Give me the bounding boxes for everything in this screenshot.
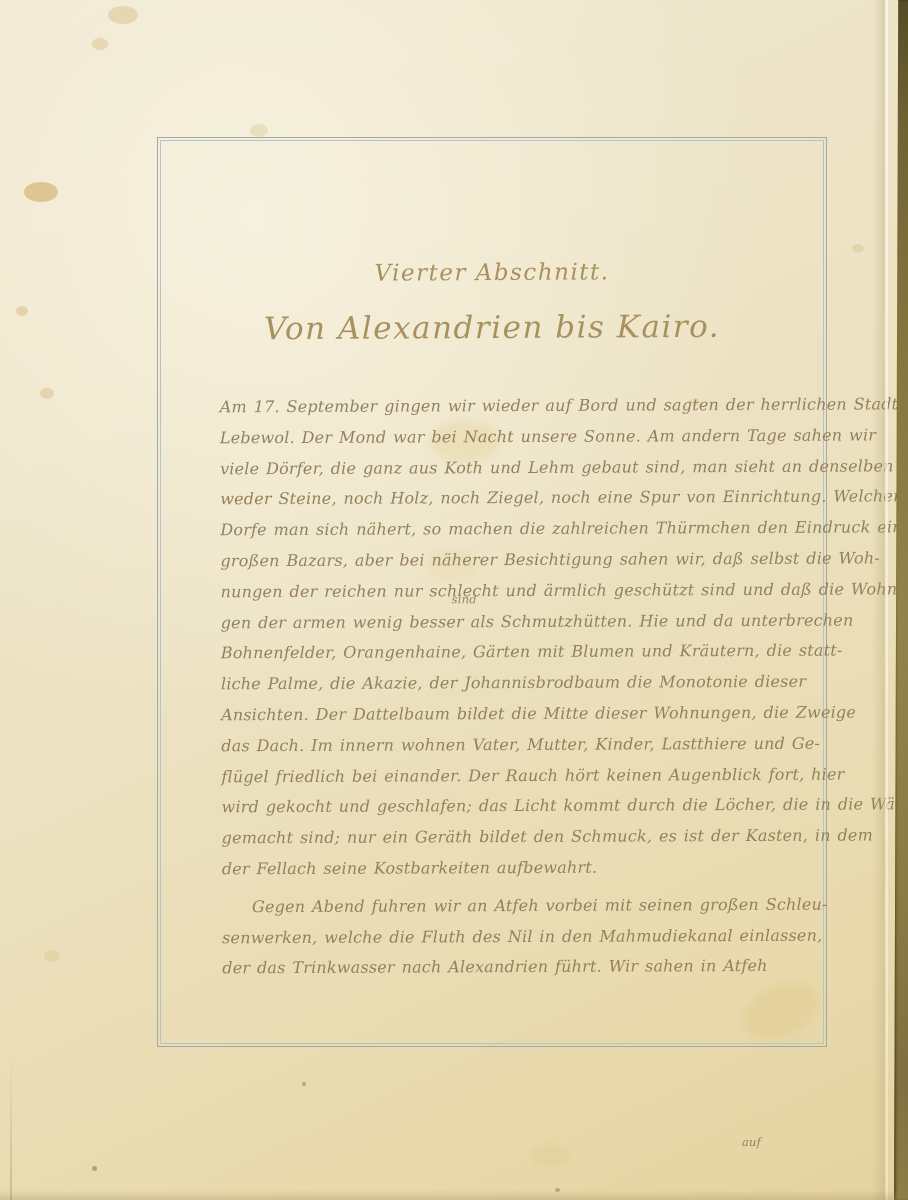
text-line: gen der armen wenig besser als Schmutzhü… [221, 605, 821, 638]
book-edge-strip [894, 0, 908, 1200]
foxing-spot [16, 306, 28, 316]
text-line: weder Steine, noch Holz, noch Ziegel, no… [220, 482, 820, 515]
text-line: Bohnenfelder, Orangenhaine, Gärten mit B… [221, 636, 821, 669]
text-line: der das Trinkwasser nach Alexandrien füh… [222, 951, 822, 984]
text-line: wird gekocht und geschlafen; das Licht k… [221, 790, 821, 823]
text-line: Gegen Abend fuhren wir an Atfeh vorbei m… [222, 889, 822, 922]
page-gutter-line [10, 1055, 12, 1200]
manuscript-page: Vierter Abschnitt. Von Alexandrien bis K… [0, 0, 908, 1200]
text-line: Lebewol. Der Mond war bei Nacht unsere S… [220, 420, 820, 453]
bottom-edge-shadow [0, 1190, 908, 1200]
text-line: nungen der reichen nur schlecht und ärml… [221, 574, 821, 607]
interlinear-insertion: sind [452, 594, 477, 605]
foxing-spot [40, 388, 54, 399]
manuscript-text: Am 17. September gingen wir wieder auf B… [220, 390, 823, 985]
text-line: das Dach. Im innern wohnen Vater, Mutter… [221, 728, 821, 761]
text-line: Ansichten. Der Dattelbaum bildet die Mit… [221, 698, 821, 731]
interlinear-insertion: auf [742, 1137, 761, 1148]
page-fold-shadow [872, 0, 886, 1200]
text-line: liche Palme, die Akazie, der Johannisbro… [221, 667, 821, 700]
text-line: gemacht sind; nur ein Geräth bildet den … [222, 821, 822, 854]
ink-speck [92, 1166, 97, 1171]
text-line: großen Bazars, aber bei näherer Besichti… [220, 544, 820, 577]
text-line: Dorfe man sich nähert, so machen die zah… [220, 513, 820, 546]
foxing-spot [44, 950, 60, 962]
section-title: Vierter Abschnitt. [157, 258, 827, 288]
text-line: viele Dörfer, die ganz aus Koth und Lehm… [220, 451, 820, 484]
text-line: senwerken, welche die Fluth des Nil in d… [222, 920, 822, 953]
ink-speck [302, 1082, 306, 1086]
chapter-title: Von Alexandrien bis Kairo. [157, 308, 827, 348]
foxing-spot [92, 38, 108, 50]
text-line: Am 17. September gingen wir wieder auf B… [220, 390, 820, 423]
foxing-spot [24, 182, 58, 202]
foxing-spot [250, 124, 268, 137]
text-line: der Fellach seine Kostbarkeiten aufbewah… [222, 852, 822, 885]
page-fold-highlight [885, 0, 888, 1200]
text-line: flügel friedlich bei einander. Der Rauch… [221, 759, 821, 792]
foxing-spot [108, 6, 138, 24]
stain [530, 1145, 570, 1167]
foxing-spot [852, 244, 864, 253]
